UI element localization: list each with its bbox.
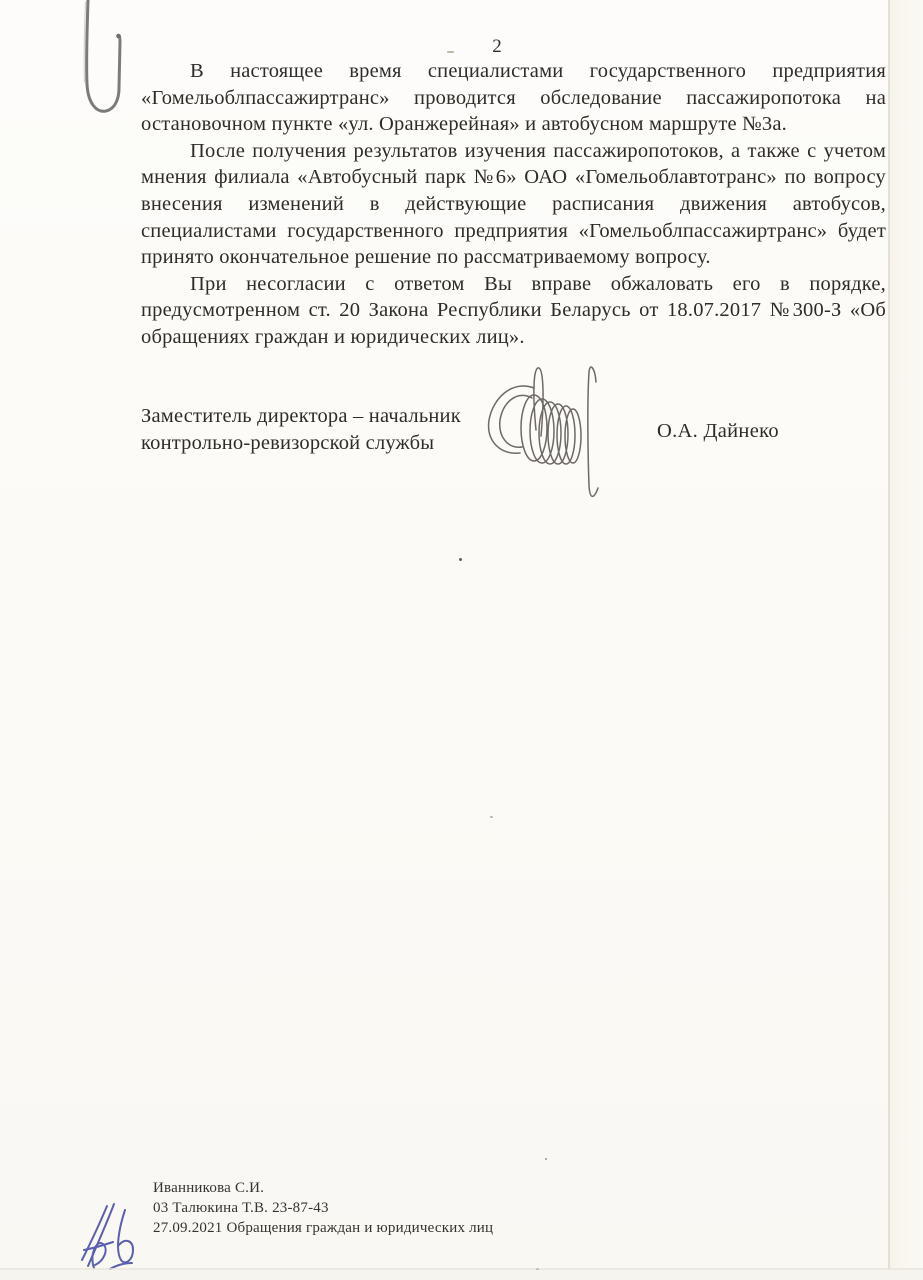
executor-footer: Иванникова С.И. 03 Талюкина Т.В. 23-87-4… — [153, 1178, 493, 1238]
scan-speck — [447, 51, 454, 53]
scanned-letter-page: 2 В настоящее время специалистами госуда… — [0, 0, 923, 1280]
letter-body: В настоящее время специалистами государс… — [141, 58, 886, 351]
signer-position: Заместитель директора – начальник контро… — [141, 403, 521, 457]
signer-position-line2: контрольно-ревизорской службы — [141, 430, 521, 457]
handwritten-initials-blue — [80, 1198, 142, 1274]
scan-speck — [459, 558, 462, 561]
paragraph-decision: После получения результатов изучения пас… — [141, 138, 886, 271]
paragraph-appeal: При несогласии с ответом Вы вправе обжал… — [141, 271, 886, 351]
scan-background-bottom — [0, 1270, 923, 1280]
scan-speck — [490, 816, 493, 818]
paperclip-icon — [56, 0, 128, 122]
handwritten-signature — [472, 358, 612, 513]
scan-background-right — [890, 0, 923, 1280]
case-reference: 27.09.2021 Обращения граждан и юридическ… — [153, 1218, 493, 1238]
executor-name: Иванникова С.И. — [153, 1178, 493, 1198]
paragraph-survey: В настоящее время специалистами государс… — [141, 58, 886, 138]
page-number: 2 — [476, 36, 518, 58]
executor-contact: 03 Талюкина Т.В. 23-87-43 — [153, 1198, 493, 1218]
signer-position-line1: Заместитель директора – начальник — [141, 403, 521, 430]
signer-name: О.А. Дайнеко — [657, 420, 779, 443]
scan-speck — [545, 1158, 547, 1160]
